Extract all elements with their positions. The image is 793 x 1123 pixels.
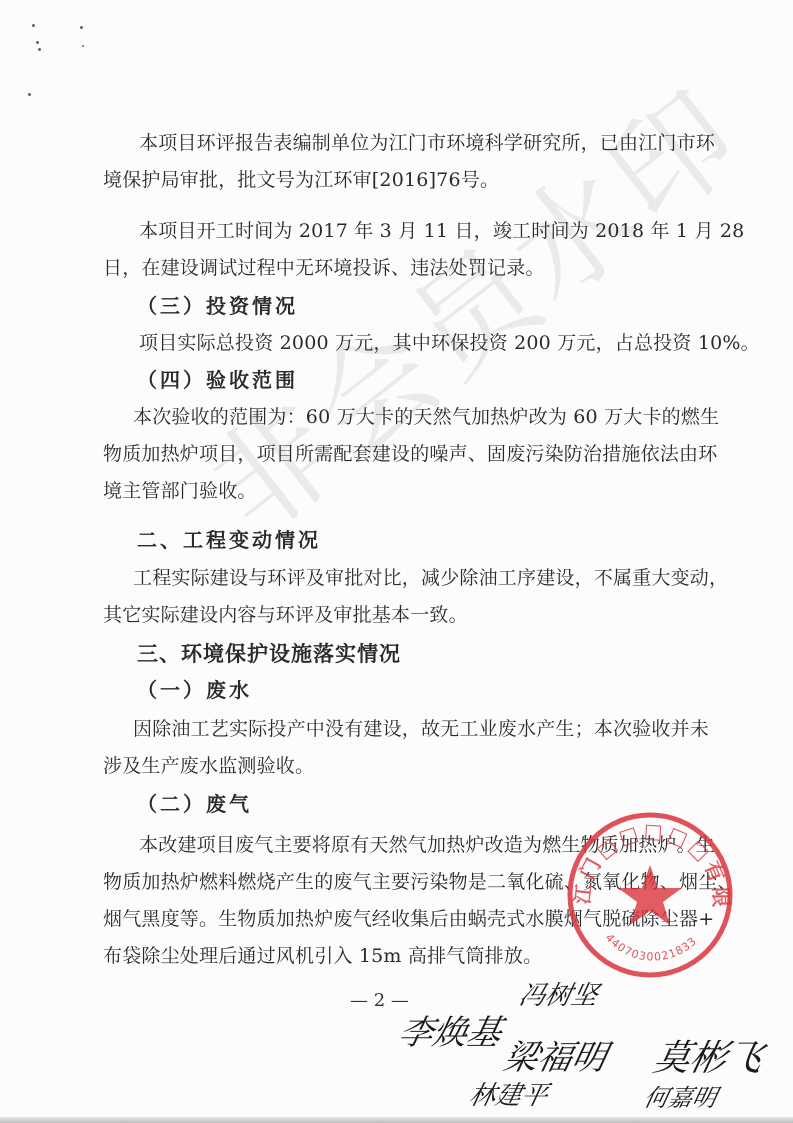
signature: 林建平	[466, 1075, 552, 1112]
seal-stamp-icon: 江门□□□□□有限公司 4407030021833	[565, 810, 735, 980]
paragraph-line: 其它实际建设内容与环评及审批基本一致。	[103, 600, 468, 627]
paragraph-line: 涉及生产废水监测验收。	[103, 751, 314, 778]
signature: 冯树坚	[516, 975, 602, 1012]
section-heading-env-protection: 三、环境保护设施落实情况	[137, 638, 401, 668]
signature: 莫彬飞	[650, 1030, 769, 1081]
paragraph-line: 日，在建设调试过程中无环境投诉、违法处罚记录。	[103, 253, 545, 280]
subheading-exhaust-gas: （二）废气	[137, 788, 252, 817]
section-heading-changes: 二、工程变动情况	[137, 524, 321, 553]
paragraph-line: 工程实际建设与环评及审批对比，减少除油工序建设，不属重大变动，	[133, 563, 728, 590]
subheading-wastewater: （一）废水	[137, 674, 252, 703]
paragraph-line: 项目实际总投资 2000 万元，其中环保投资 200 万元，占总投资 10%。	[139, 328, 760, 355]
svg-text:4407030021833: 4407030021833	[603, 931, 700, 963]
paragraph-line: 境保护局审批，批文号为江环审[2016]76号。	[103, 165, 499, 192]
subheading-investment: （三）投资情况	[137, 290, 298, 319]
paragraph-line: 本项目环评报告表编制单位为江门市环境科学研究所，已由江门市环	[139, 128, 715, 155]
signature: 何嘉明	[641, 1078, 720, 1113]
page-number: — 2 —	[350, 990, 409, 1011]
paragraph-line: 布袋除尘处理后通过风机引入 15m 高排气筒排放。	[103, 941, 542, 968]
company-seal: 江门□□□□□有限公司 4407030021833	[565, 810, 735, 980]
signature: 李焕基	[395, 1005, 507, 1054]
page-edge	[0, 1117, 793, 1123]
paragraph-line: 本项目开工时间为 2017 年 3 月 11 日，竣工时间为 2018 年 1 …	[139, 216, 744, 243]
paragraph-line: 物质加热炉项目，项目所需配套建设的噪声、固废污染防治措施依法由环	[103, 439, 717, 466]
document-page: 非会员水印 本项目环评报告表编制单位为江门市环境科学研究所，已由江门市环 境保护…	[0, 0, 793, 1123]
paragraph-line: 因除油工艺实际投产中没有建设，故无工业废水产生；本次验收并未	[133, 714, 709, 741]
signature: 梁福明	[500, 1030, 612, 1079]
subheading-acceptance-scope: （四）验收范围	[137, 364, 298, 393]
paragraph-line: 境主管部门验收。	[103, 476, 257, 503]
paragraph-line: 本次验收的范围为：60 万大卡的天然气加热炉改为 60 万大卡的燃生	[133, 402, 719, 429]
